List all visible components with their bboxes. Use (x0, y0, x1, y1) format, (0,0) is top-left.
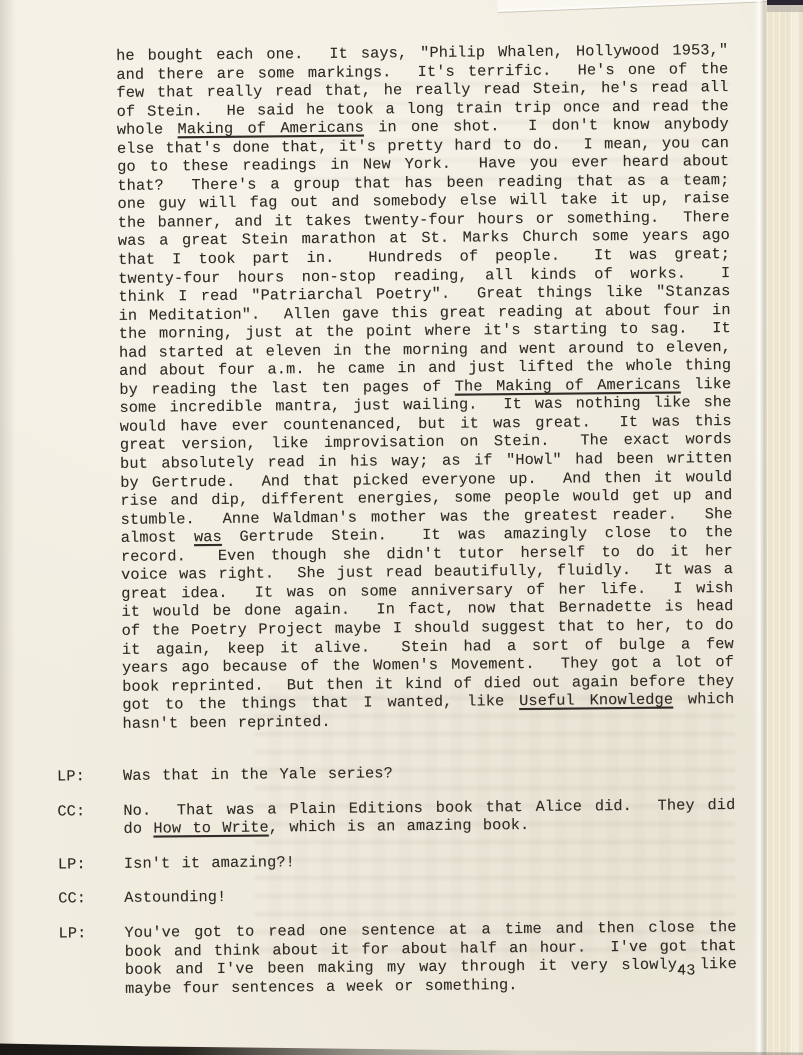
underlined-book-title: How to Write (153, 819, 269, 838)
dialogue-text: No. That was a Plain Editions book that … (123, 796, 735, 839)
left-scan-shadow (0, 0, 15, 1055)
scan-gray-corner (767, 5, 803, 12)
text-run: , which is an amazing book. (269, 816, 530, 837)
dialogue-row: LP: Was that in the Yale series? (123, 761, 735, 785)
text-run: Gertrude Stein. It was amazingly close t… (121, 523, 734, 714)
underlined-book-title: Making of Americans (177, 119, 364, 139)
text-run: in one shot. I don't know anybody else t… (117, 115, 731, 399)
speaker-label: CC: (57, 802, 85, 821)
dialogue-row: LP: You've got to read one sentence at a… (124, 918, 737, 998)
dialogue-row: LP: Isn't it amazing?! (124, 849, 736, 873)
next-page-edge (767, 0, 803, 1055)
dialogue-text: You've got to read one sentence at a tim… (124, 918, 737, 998)
typewritten-text-block: he bought each one. It says, "Philip Wha… (116, 41, 737, 998)
text-run: Was that in the Yale series? (123, 764, 393, 785)
page-edge-highlight (754, 0, 767, 1055)
underlined-book-title: was (194, 528, 222, 546)
bottom-scan-shadow (0, 1039, 803, 1055)
text-run: You've got to read one sentence at a tim… (124, 918, 737, 998)
scanned-page: he bought each one. It says, "Philip Wha… (0, 0, 803, 1055)
underlined-book-title: The Making of Americans (455, 375, 681, 395)
text-run: like some incredible mantra, just wailin… (119, 375, 732, 547)
speaker-label: LP: (57, 767, 85, 786)
transcript-paragraph: he bought each one. It says, "Philip Wha… (116, 41, 735, 733)
dialogue-text: Astounding! (124, 883, 736, 907)
page-number: 43 (677, 961, 696, 980)
speaker-label: LP: (58, 855, 86, 874)
dialogue-row: CC: Astounding! (124, 883, 736, 907)
dialogue-row: CC: No. That was a Plain Editions book t… (123, 796, 735, 839)
underlined-book-title: Useful Knowledge (519, 691, 673, 710)
dialogue-text: Was that in the Yale series? (123, 761, 735, 785)
text-run: Isn't it amazing?! (124, 853, 295, 873)
speaker-label: CC: (58, 890, 86, 909)
dialogue: LP: Was that in the Yale series? CC: No.… (123, 761, 737, 998)
dialogue-text: Isn't it amazing?! (124, 849, 736, 873)
speaker-label: LP: (58, 924, 86, 943)
text-run: Astounding! (124, 888, 226, 907)
